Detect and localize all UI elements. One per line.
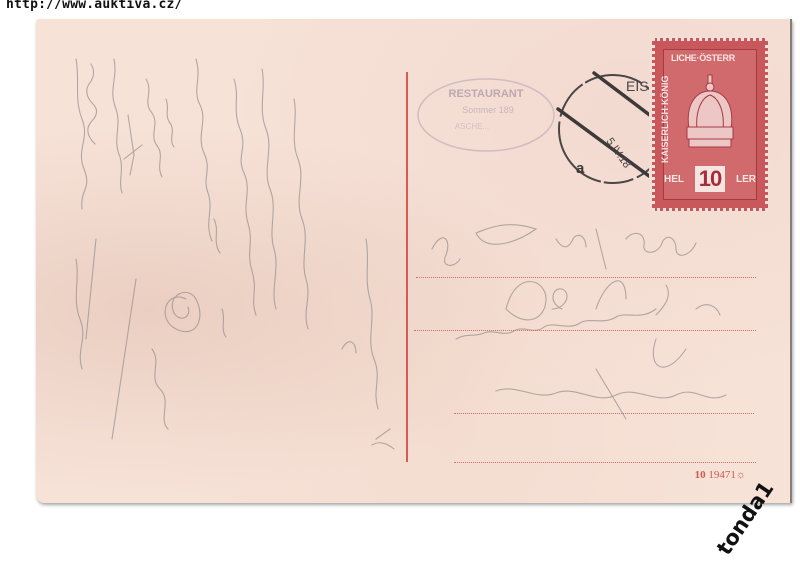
print-code-suffix: ☼ (736, 469, 746, 481)
postcard-divider-line (406, 72, 408, 462)
svg-text:5.IV.18: 5.IV.18 (604, 136, 633, 171)
stamp-top-text: LICHE·ÖSTERR (671, 53, 735, 63)
postcard: RESTAURANT Sommer 189 ASCHE... 10 19471☼… (36, 19, 792, 503)
print-code-number: 19471 (708, 469, 736, 481)
address-line-4 (454, 462, 756, 463)
restaurant-cachet: RESTAURANT Sommer 189 ASCHE... (416, 71, 566, 163)
stamp-value: 10 (695, 166, 725, 192)
site-url[interactable]: http://www.auktiva.cz/ (6, 0, 183, 12)
svg-text:ASCHE...: ASCHE... (455, 122, 489, 131)
stamp-currency-right: LER (736, 174, 756, 185)
stamp-left-text: KAISERLICH·KÖNIG (660, 76, 670, 164)
address-line-2 (414, 330, 756, 331)
postage-stamp: LICHE·ÖSTERR KAISERLICH·KÖNIG EICHISCHE·… (652, 38, 768, 211)
svg-text:Sommer 189: Sommer 189 (462, 105, 514, 115)
stamp-value-row: HEL 10 LER (664, 166, 756, 192)
svg-text:RESTAURANT: RESTAURANT (449, 88, 524, 100)
stamp-currency-left: HEL (664, 174, 684, 185)
crown-icon (683, 73, 737, 153)
address-line-3 (454, 413, 754, 414)
svg-text:EIS: EIS (626, 78, 649, 94)
print-code-prefix: 10 (695, 469, 706, 481)
address-line-1 (416, 277, 756, 278)
printed-card-code: 10 19471☼ (695, 469, 746, 481)
svg-text:a: a (576, 160, 585, 177)
